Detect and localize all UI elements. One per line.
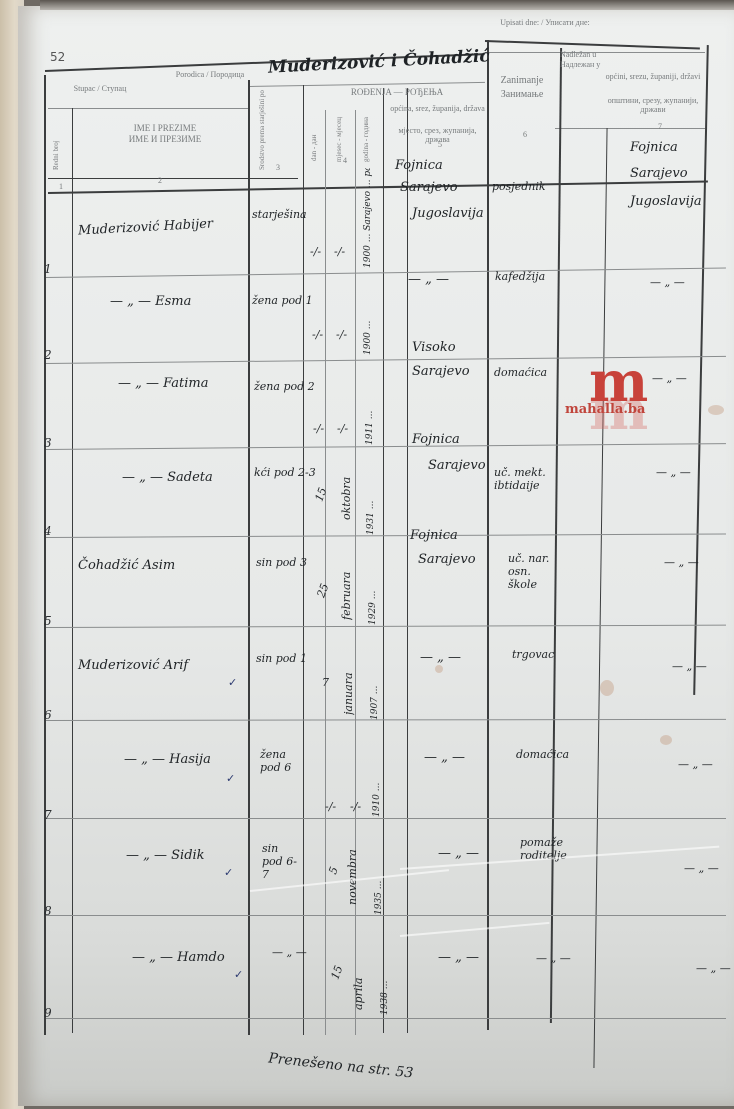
person-name: — „ — Hasija [124,752,211,767]
check-mark-icon: ✓ [234,968,243,981]
person-name: — „ — Sadeta [122,470,213,485]
birth-day: 7 [322,676,329,689]
col-number-2: 2 [150,176,170,185]
person-name: Čohadžić Asim [78,558,175,573]
relation: sin pod 3 [256,556,307,569]
relation: starješina [252,208,307,221]
occupation: trgovac [512,648,554,661]
jurisdiction-line1: — „ — [664,556,699,569]
occupation: domaćica [516,748,569,761]
birth-year-note: 1910 ... [372,722,390,817]
header-col3-label: Srodstvo prema starješini porodice / Сро… [258,90,298,170]
person-name: Muderizović Arif [78,658,188,673]
paper-stain [600,680,614,696]
header-upisati-label: Upisati dne: / Уписати дне: [500,18,590,27]
header-col2-latin: IME I PREZIME [90,124,240,133]
birthplace-line2: Sarajevo [428,458,486,473]
watermark-logo-icon: m [589,358,648,406]
row-number: 6 [44,708,52,722]
birth-day: -/- [312,328,323,341]
row-number: 7 [44,808,52,822]
birth-year-note: 1938 ... [380,915,398,1015]
birth-month: -/- [336,328,347,341]
col-number-5: 5 [430,140,450,149]
birth-month: novembra [346,820,360,905]
birth-month: -/- [350,800,361,813]
jurisdiction-line1: Fojnica [630,140,678,155]
relation: žena pod 1 [252,294,313,307]
birth-month: oktobra [340,460,354,520]
mahalla-watermark: m m mahalla.ba [585,358,675,438]
header-birth-group: ROĐENJA — РОЂЕЊА [322,88,472,97]
birthplace-line3: Jugoslavija [412,206,484,221]
birthplace-line1: — „ — [408,272,449,287]
occupation: — „ — [536,952,571,965]
check-mark-icon: ✓ [224,866,233,879]
birth-year-note: 1900 ... [363,275,381,355]
person-name: — „ — Esma [110,294,191,309]
birthplace-line1: — „ — [420,650,461,665]
birth-day: -/- [310,245,321,258]
check-mark-icon: ✓ [226,772,235,785]
jurisdiction-line1: — „ — [696,962,731,975]
row-number: 1 [44,262,52,276]
col-number-3: 3 [268,163,288,172]
birth-year-note: 1935 ... [374,820,392,915]
row-number: 5 [44,614,52,628]
birth-year-note: 1907 ... [370,625,388,720]
header-col6-latin: Zanimanje [492,76,552,85]
header-col2-cyr: ИМЕ И ПРЕЗИМЕ [90,135,240,144]
birthplace-line1: Visoko [412,340,456,355]
birthplace-line1: — „ — [438,846,479,861]
birthplace-line2: Sarajevo [412,364,470,379]
occupation: uč. mekt. ibtidaije [494,466,554,492]
person-name: — „ — Hamdo [132,950,225,965]
birth-year-note: 1900 ... Sarajevo ... padnuto [363,168,381,268]
relation: sin pod 6-7 [262,842,302,881]
paper-stain [660,735,672,745]
relation: žena pod 2 [254,380,315,393]
jurisdiction-line1: — „ — [672,660,707,673]
birth-year-note: 1911 ... [365,365,383,445]
relation: kći pod 2-3 [254,466,316,479]
header-col5-latin: općina, srez, županija, država [390,104,485,113]
relation: žena pod 6 [260,748,300,774]
birthplace-line2: Sarajevo [418,552,476,567]
header-col7-top-cyr: Надлежан у [560,60,640,69]
occupation: posjednik [492,180,546,193]
row-number: 4 [44,524,52,538]
registry-table [0,0,734,1109]
birth-day: -/- [325,800,336,813]
header-col7-cyr: општини, срезу, жупанији, држави [603,96,703,114]
header-col7-top-latin: Nadležan u [560,50,640,59]
row-number: 8 [44,904,52,918]
row-number: 3 [44,436,52,450]
birth-year-note: 1931 ... [366,445,384,535]
jurisdiction-line2: Sarajevo [630,166,688,181]
jurisdiction-line3: Jugoslavija [630,194,702,209]
relation: sin pod 1 [256,652,307,665]
birthplace-line1: Fojnica [412,432,460,447]
col-number-6: 6 [515,130,535,139]
paper-stain [708,405,724,415]
paper-stain [435,665,443,673]
header-col7-latin: općini, srezu, županiji, državi [603,72,703,81]
header-col6-cyr: Занимање [492,90,552,99]
jurisdiction-line1: — „ — [656,466,691,479]
occupation: domaćica [494,366,547,379]
jurisdiction-line1: — „ — [678,758,713,771]
occupation: kafedžija [495,270,545,283]
row-number: 9 [44,1006,52,1020]
col-number-7: 7 [650,122,670,131]
birthplace-line1: Fojnica [395,158,443,173]
col-number-1: 1 [52,182,70,191]
jurisdiction-line1: — „ — [650,276,685,289]
person-name: — „ — Sidik [126,848,205,863]
relation: — „ — [272,946,307,959]
check-mark-icon: ✓ [228,676,237,689]
person-name: — „ — Fatima [118,376,208,391]
row-number: 2 [44,348,52,362]
watermark-text: mahalla.ba [565,402,645,417]
birth-month: -/- [337,422,348,435]
jurisdiction-line1: — „ — [684,862,719,875]
birth-month: januara [342,640,356,715]
birth-year-note: 1929 ... [368,535,386,625]
occupation: uč. nar. osn. škole [508,552,556,591]
header-col4-month: mjesec - мјесец [335,112,343,162]
birth-day: -/- [313,422,324,435]
birth-month: -/- [334,245,345,258]
header-stupac-label: Stupac / Ступац [55,84,145,93]
birth-month: februara [340,550,354,620]
birth-month: aprila [352,930,366,1010]
header-col4-year: godina - година [362,112,370,162]
header-col4-day: dan - дан [310,116,318,161]
birthplace-line2: Sarajevo [400,180,458,195]
header-col1-label: Redni broj [52,120,60,170]
col-number-4: 4 [335,156,355,165]
birthplace-line1: Fojnica [410,528,458,543]
birthplace-line1: — „ — [424,750,465,765]
birthplace-line1: — „ — [438,950,479,965]
header-family-label: Porodica / Породица [170,70,250,79]
